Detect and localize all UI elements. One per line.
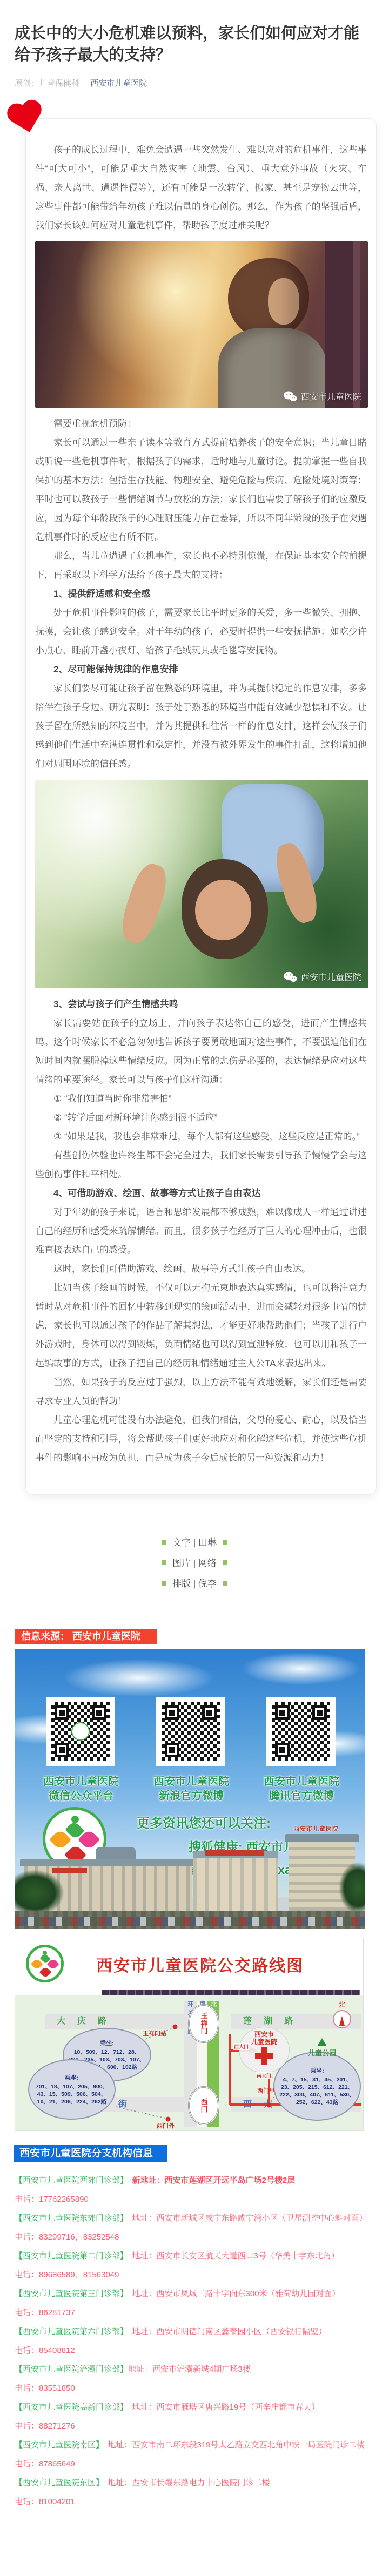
building-pagoda-tower <box>96 1847 136 1859</box>
branch-phone: 电话：86281737 <box>15 2303 373 2322</box>
credit-line-layout: 排版 | 倪李 <box>0 1574 389 1594</box>
section3-quote2: ② “转学后面对新环境让你感到很不适应” <box>35 1108 367 1127</box>
account-link[interactable]: 西安市儿童医院 <box>90 79 147 88</box>
gate-yuxiangmen: 玉祥门 <box>188 2004 219 2043</box>
credits: 文字 | 田琳 图片 | 网络 排版 | 倪李 <box>0 1533 389 1594</box>
section2-heading: 2、尽可能保持规律的作息安排 <box>35 660 367 679</box>
byline-origin: 原创：儿童保健科 <box>15 79 79 88</box>
section1-heading: 1、提供舒适感和安全感 <box>35 584 367 603</box>
article-card: 孩子的成长过程中，难免会遭遇一些突然发生、难以应对的危机事件，这些事件“可大可小… <box>25 118 377 1495</box>
wechat-icon <box>283 971 297 983</box>
bus-group-east: 乘坐: 4、7、15、31、45、201、23、205、215、612、221、… <box>273 2052 361 2121</box>
qr-code-weibo-tencent <box>266 1697 336 1766</box>
credit-line-image: 图片 | 网络 <box>0 1553 389 1574</box>
closing-paragraph: 儿童心理危机可能没有办法避免，但我们相信，父母的爱心、耐心，以及恰当而坚定的支持… <box>35 1411 367 1467</box>
green-square-icon <box>223 1581 227 1586</box>
branch-phone: 电话：81004201 <box>15 2492 373 2511</box>
branch-entry: 【西安市儿童医院高新门诊部】 地址：西安市雁塔区唐兴路19号（西辛庄都市春天） <box>15 2398 373 2417</box>
promo-more-text: 更多资讯您还可以关注: <box>137 1812 271 1831</box>
busmap-header: 西安市儿童医院公交路线图 <box>15 1938 363 1990</box>
photo-arm-left <box>117 860 172 947</box>
tree-icon <box>317 2033 327 2046</box>
photo-father-son[interactable]: 西安市儿童医院 <box>35 780 368 988</box>
bus-route-map[interactable]: 西安市儿童医院公交路线图 大庆路 莲湖路 西关正街 西大街 环城西路 西安城墙 … <box>15 1938 364 2131</box>
credit-line-text: 文字 | 田琳 <box>0 1533 389 1553</box>
branch-entry: 【西安市儿童医院第六门诊部】 地址：西安市明德门南区鑫泰园小区（西安银行隔壁） <box>15 2322 373 2341</box>
parked-cars <box>15 1917 365 1926</box>
qr-label-wechat: 西安市儿童医院微信公众平台 <box>30 1775 132 1804</box>
green-square-icon <box>162 1581 166 1586</box>
branch-entry: 【西安市儿童医院东区】 地址：西安市长缨东路电力中心医院门诊二楼 <box>15 2473 373 2492</box>
busmap-title: 西安市儿童医院公交路线图 <box>96 1952 304 1976</box>
green-square-icon <box>162 1540 166 1545</box>
branches-list: 【西安市儿童医院西郊门诊部】 新地址：西安市莲湖区开远半岛广场2号楼2层 电话：… <box>0 2171 389 2511</box>
branch-phone: 电话：87865649 <box>15 2454 373 2473</box>
green-square-icon <box>223 1560 227 1565</box>
red-cross-icon <box>255 2047 273 2065</box>
photo-watermark-text: 西安市儿童医院 <box>301 970 361 983</box>
busmap-decorative-strip <box>102 1990 360 1995</box>
section4-paragraph4: 当然，如果孩子的反应过于强烈，以上方法不能有效地缓解，家长们还是需要寻求专业人员… <box>35 1373 367 1411</box>
green-square-icon <box>162 1560 166 1565</box>
intro-paragraph: 孩子的成长过程中，难免会遭遇一些突然发生、难以应对的危机事件，这些事件“可大可小… <box>35 140 367 235</box>
qr-code-wechat <box>46 1697 115 1766</box>
photo-child-window[interactable]: 西安市儿童医院 <box>35 241 368 408</box>
stop-ximenli: 西门里 <box>257 2086 275 2095</box>
qr-center-logo <box>71 1722 90 1741</box>
building-center-block <box>193 1858 278 1911</box>
branch-entry: 【西安市儿童医院第二门诊部】 地址：西安市长安区航天大道西口3号（华美十字东北角… <box>15 2247 373 2265</box>
section4-paragraph3: 比如当孩子绘画的时候，不仅可以无拘无束地表达真实感情，也可以将注意力暂时从对危机… <box>35 1278 367 1373</box>
branch-phone: 电话：89686589、81563049 <box>15 2265 373 2284</box>
branch-phone: 电话：83299716，83252548 <box>15 2228 373 2247</box>
children-park: 儿童公园 <box>308 2033 336 2058</box>
photo-watermark: 西安市儿童医院 <box>283 970 361 983</box>
section2-paragraph: 家长们要尽可能让孩子留在熟悉的环境里，并为其提供稳定的作息安排，多多陪伴在孩子身… <box>35 679 367 773</box>
compass-dial <box>333 2010 351 2028</box>
transition-paragraph: 那么，当儿童遭遇了危机事件，家长也不必特别惊慌，在保证基本安全的前提下，再采取以… <box>35 547 367 584</box>
building-sign-text: 西安市儿童医院 <box>293 1824 339 1833</box>
hospital-sign-bar <box>205 1850 264 1856</box>
photo-father-face <box>195 880 251 940</box>
gate-ximen: 西门 <box>188 2086 219 2125</box>
branch-entry: 【西安市儿童医院西郊门诊部】 新地址：西安市莲湖区开远半岛广场2号楼2层 <box>15 2171 373 2190</box>
branch-entry: 【西安市儿童医院第三门诊部】 地址：西安市凤城二路十字向东300米（雅荷幼儿园对… <box>15 2284 373 2303</box>
branch-phone: 电话：88271276 <box>15 2417 373 2436</box>
qr-label-weibo-tencent: 西安市儿童医院腾讯官方微博 <box>250 1775 353 1804</box>
section1-paragraph: 处于危机事件影响的孩子，需要家长比平时更多的关爱，多一些微笑、拥抱、抚摸，会让孩… <box>35 603 367 660</box>
section3-heading: 3、尝试与孩子们产生情感共鸣 <box>35 995 367 1014</box>
section4-heading: 4、可借助游戏、绘画、故事等方式让孩子自由表达 <box>35 1184 367 1203</box>
stop-yuxiangmen: 玉祥门站 <box>143 2029 166 2038</box>
prevention-body: 家长可以通过一些亲子读本等教育方式提前培养孩子的安全意识；当儿童目睹或听说一些危… <box>35 433 367 547</box>
photo-child-hand <box>268 278 299 325</box>
branches-header: 西安市儿童医院分支机构信息 <box>14 2145 167 2162</box>
building-left-roof <box>20 1859 196 1866</box>
page-title: 成长中的大小危机难以预料，家长们如何应对才能给予孩子最大的支持？ <box>15 23 373 66</box>
gate-west-label: 西大门 <box>233 2043 249 2050</box>
article-card-wrap: 孩子的成长过程中，难免会遭遇一些突然发生、难以应对的危机事件，这些事件“可大可小… <box>0 118 389 1495</box>
cloud <box>63 1659 214 1697</box>
bus-group-southwest: 乘坐: 701、18、107、205、900、43、15、509、506、504… <box>28 2059 116 2120</box>
hospital-marker: 西安市儿童医院 <box>239 2027 290 2073</box>
section3-quote3: ③ “如果是我，我也会非常难过，每个人都有这些感受，这些反应是正常的。” <box>35 1127 367 1146</box>
cloud <box>242 1653 360 1685</box>
byline: 原创：儿童保健科 西安市儿童医院 <box>15 78 374 89</box>
qr-code-weibo-sina <box>156 1697 225 1766</box>
qr-label-weibo-sina: 西安市儿童医院新浪官方微博 <box>140 1775 243 1804</box>
photo-watermark-text: 西安市儿童医院 <box>301 390 361 402</box>
photo-window-frame <box>325 241 353 408</box>
branch-phone: 电话：85408812 <box>15 2341 373 2360</box>
branch-entry: 【西安市儿童医院东郊门诊部】 地址：西安市新城区咸宁东路咸宁湾小区（卫星测控中心… <box>15 2209 373 2228</box>
bottom-whitespace <box>0 2511 389 2576</box>
promo-image[interactable]: 西安市儿童医院微信公众平台 西安市儿童医院新浪官方微博 西安市儿童医院腾讯官方微… <box>15 1649 365 1929</box>
busmap-canvas: 大庆路 莲湖路 西关正街 西大街 环城西路 西安城墙 北马道巷 <box>15 1995 363 2130</box>
compass: 北 <box>333 1999 351 2028</box>
section3-paragraph2: 有些创伤体验也许终生都不会完全过去，我们家长需要引导孩子慢慢学会与这些创伤事件和… <box>35 1146 367 1184</box>
prevention-title: 需要重视危机预防： <box>35 414 367 433</box>
branch-phone: 电话：83551850 <box>15 2379 373 2398</box>
source-banner: 信息来源： 西安市儿童医院 <box>15 1629 157 1644</box>
stop-ximenwai: 西门外 <box>157 2121 175 2130</box>
section3-paragraph: 家长需要站在孩子的立场上，并向孩子表达你自己的感受，进而产生情感共鸣。这个时候家… <box>35 1014 367 1089</box>
section4-paragraph2: 这时，家长们可借助游戏、绘画、故事等方式让孩子自由表达。 <box>35 1259 367 1278</box>
hospital-sign-bar <box>52 1868 87 1873</box>
hospital-logo <box>26 1945 64 1982</box>
photo-watermark: 西安市儿童医院 <box>283 390 361 402</box>
section3-quote1: ① “我们知道当时你非常害怕” <box>35 1089 367 1108</box>
green-square-icon <box>223 1540 227 1545</box>
compass-needle <box>339 2013 345 2026</box>
wechat-icon <box>283 390 297 402</box>
branch-entry: 【西安市儿童医院南区】 地址：西安市南二环东段319号太乙路立交西北角中铁一局医… <box>15 2436 373 2454</box>
branch-entry: 【西安市儿童医院浐灞门诊部】地址：西安市浐灞新城4期广场3楼 <box>15 2360 373 2379</box>
branch-phone: 电话：17762265890 <box>15 2190 373 2209</box>
gate-south-label: 南大门 <box>256 2072 272 2079</box>
section4-paragraph1: 对于年幼的孩子来说，语言和思维发展都不够成熟，难以像成人一样通过讲述自己的经历和… <box>35 1203 367 1259</box>
building-right-roof <box>285 1834 359 1842</box>
